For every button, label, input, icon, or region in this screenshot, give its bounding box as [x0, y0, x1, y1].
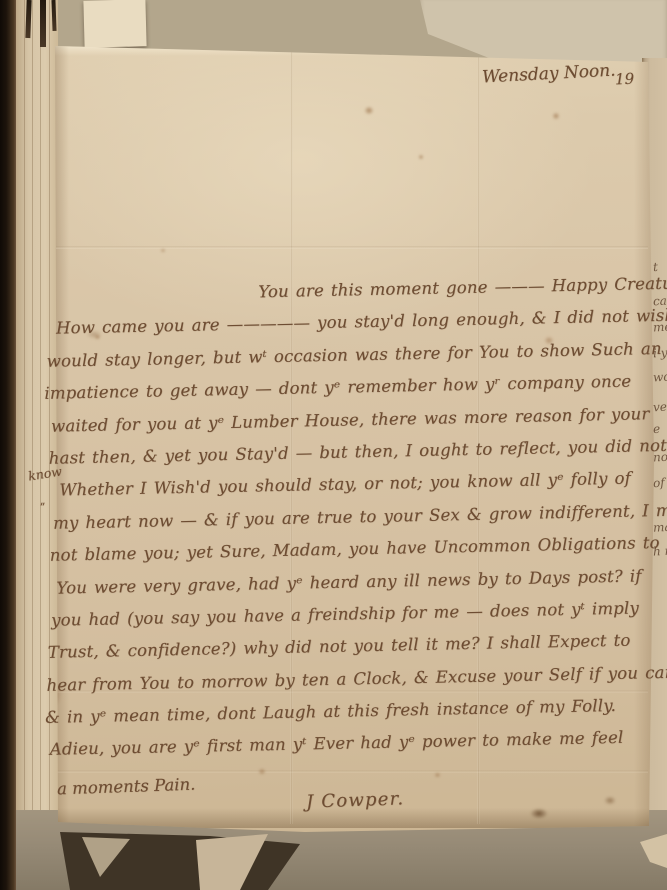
dark-spot [604, 796, 616, 805]
fold-crease-horizontal [56, 770, 648, 773]
fox-spot [434, 772, 441, 778]
loose-page-sliver [40, 0, 46, 47]
fox-spot [418, 154, 424, 160]
page-edge-line [24, 0, 25, 890]
letter-signature: J Cowper. [306, 788, 405, 812]
manuscript-photo: t ca me i y wo ve e not of mast h m [0, 0, 667, 890]
page-number: 19 [615, 70, 635, 89]
page-edge-line [32, 0, 33, 890]
fox-spot [552, 112, 560, 120]
protruding-paper-tab [83, 0, 146, 48]
letter-body: You are this moment gone ——— Happy Creat… [36, 268, 662, 767]
dark-spot [530, 808, 548, 819]
fox-spot [258, 768, 266, 775]
fox-spot [364, 106, 374, 115]
insertion-caret-mark: ʺ [40, 502, 45, 515]
fold-crease-horizontal [56, 246, 648, 249]
book-binding-edge [0, 0, 16, 890]
adjacent-text-fragment: wo [653, 370, 667, 385]
fox-spot [160, 248, 166, 253]
